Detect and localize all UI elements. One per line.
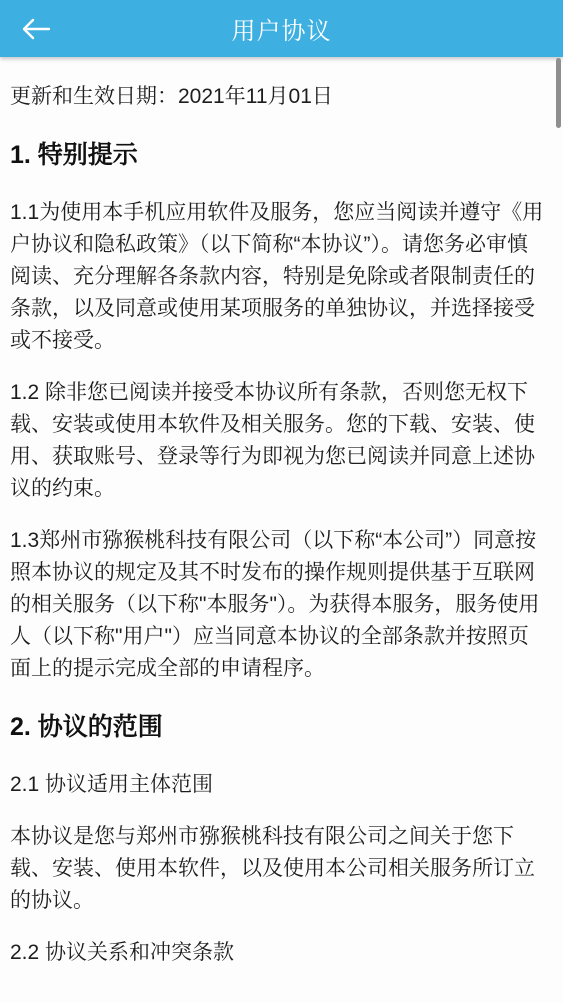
back-arrow-icon — [20, 17, 52, 41]
subsection-2-1-title: 2.1 协议适用主体范围 — [10, 769, 547, 801]
app-bar: 用户协议 — [0, 0, 563, 57]
effective-date-line: 更新和生效日期：2021年11月01日 — [10, 81, 547, 113]
section-2-heading: 2. 协议的范围 — [10, 709, 547, 745]
paragraph-1-2: 1.2 除非您已阅读并接受本协议所有条款，否则您无权下载、安装或使用本软件及相关… — [10, 377, 547, 505]
page-title: 用户协议 — [232, 11, 332, 46]
paragraph-1-1: 1.1为使用本手机应用软件及服务，您应当阅读并遵守《用户协议和隐私政策》（以下简… — [10, 197, 547, 357]
back-button[interactable] — [12, 0, 60, 57]
section-1-heading: 1. 特别提示 — [10, 137, 547, 173]
paragraph-1-3: 1.3郑州市猕猴桃科技有限公司（以下称“本公司”）同意按照本协议的规定及其不时发… — [10, 525, 547, 685]
scrollbar-thumb[interactable] — [556, 58, 561, 128]
paragraph-2-1-body: 本协议是您与郑州市猕猴桃科技有限公司之间关于您下载、安装、使用本软件，以及使用本… — [10, 821, 547, 917]
agreement-content: 更新和生效日期：2021年11月01日 1. 特别提示 1.1为使用本手机应用软… — [0, 57, 563, 969]
subsection-2-2-title: 2.2 协议关系和冲突条款 — [10, 937, 547, 969]
